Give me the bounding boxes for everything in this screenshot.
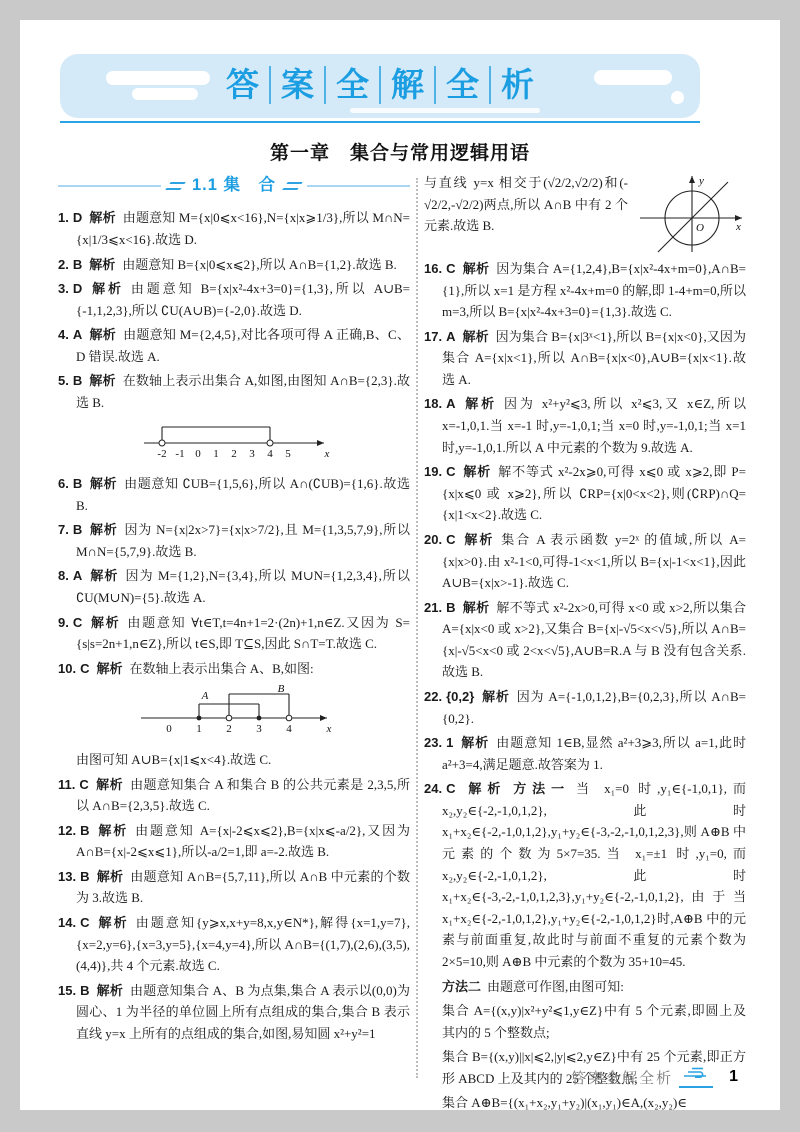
answer-item-q19: 19.C解析解不等式 x²-2x⩾0,可得 x⩽0 或 x⩾2,即 P={x|x… (424, 461, 746, 526)
analysis-text: 当 x₁=0 时,y₁∈{-1,0,1},而 x₂,y₂∈{-2,-1,0,1,… (442, 781, 746, 969)
answer-item-q24-m2p1: 集合 A={(x,y)|x²+y²⩽1,y∈Z}中有 5 个元素,即圆上及其内的… (424, 1000, 746, 1043)
circle-line-figure-q15: y x O (634, 172, 746, 256)
tick-label: 1 (196, 723, 202, 735)
answer-letter: A (73, 327, 82, 342)
answer-item-q23: 23.1解析由题意知 1∈B,显然 a²+3⩾3,所以 a=1,此时 a²+3=… (424, 732, 746, 775)
cloud-squiggle-icon (681, 1066, 711, 1080)
answer-letter: B (73, 476, 82, 491)
question-number: 18. (424, 396, 442, 411)
analysis-text: 由题意知 M={2,4,5},对比各项可得 A 正确,B、C、D 错误.故选 A… (76, 327, 410, 364)
analysis-label: 解析 (460, 735, 489, 750)
analysis-label: 解析 (89, 257, 115, 272)
answer-item-q4: 4.A解析由题意知 M={2,4,5},对比各项可得 A 正确,B、C、D 错误… (58, 324, 410, 367)
page-title: 答案全解全析 (60, 66, 700, 104)
analysis-text: 由题意知 B={x|x²-4x+3=0}={1,3},所以 A∪B={-1,1,… (76, 281, 410, 318)
answer-letter: A (446, 329, 455, 344)
question-number: 10. (58, 661, 76, 676)
numberline-figure-q5: -2 -1 0 1 2 3 4 5 x (58, 417, 410, 468)
answer-item-q17: 17.A解析因为集合 B={x|3ˣ<1},所以 B={x|x<0},又因为集合… (424, 326, 746, 391)
question-number: 3. (58, 281, 69, 296)
answer-item-q15-continuation: y x O 与直线 y=x 相交于(√2/2,√2/2)和(-√2/2,-√2/… (424, 172, 746, 237)
question-number: 17. (424, 329, 442, 344)
analysis-text: 集合 A={(x,y)|x²+y²⩽1,y∈Z}中有 5 个元素,即圆上及其内的… (442, 1003, 746, 1040)
axis-label-x: x (326, 723, 332, 735)
axis-label-y: y (698, 175, 704, 187)
title-character: 全 (436, 66, 491, 104)
answer-item-q2: 2.B解析由题意知 B={x|0⩽x⩽2},所以 A∩B={1,2}.故选 B. (58, 254, 410, 276)
tick-label: 5 (285, 448, 291, 460)
section-header: 1.1 集 合 (58, 172, 410, 199)
analysis-label: 解析 (89, 615, 120, 630)
header-underline (60, 121, 700, 123)
answer-item-q24: 24.C解析方法一当 x₁=0 时,y₁∈{-1,0,1},而 x₂,y₂∈{-… (424, 778, 746, 972)
question-number: 8. (58, 568, 69, 583)
answer-letter: B (73, 373, 82, 388)
analysis-text: 因为 N={x|2x>7}={x|x>7/2},且 M={1,3,5,7,9},… (76, 522, 410, 559)
analysis-label: 解析 (96, 869, 123, 884)
question-number: 14. (58, 915, 76, 930)
analysis-label: 解析 (96, 983, 123, 998)
header-banner: 答案全解全析 (60, 54, 700, 118)
question-number: 11. (58, 777, 75, 792)
analysis-label: 解析 (462, 600, 489, 615)
analysis-text: 因为 M={1,2},N={3,4},所以 M∪N={1,2,3,4},所以 ∁… (76, 568, 410, 605)
answer-item-q14: 14.C解析由题意知{y⩾x,x+y=8,x,y∈N*},解得{x=1,y=7}… (58, 912, 410, 977)
analysis-label: 解析 (462, 532, 494, 547)
answer-letter: B (446, 600, 455, 615)
answer-item-q12: 12.B解析由题意知 A={x|-2⩽x⩽2},B={x|x⩽-a/2},又因为… (58, 820, 410, 863)
section-divider-ornament (165, 182, 186, 190)
answer-item-q8: 8.A解析因为 M={1,2},N={3,4},所以 M∪N={1,2,3,4}… (58, 565, 410, 608)
answer-letter: C (446, 464, 455, 479)
chapter-title: 第一章 集合与常用逻辑用语 (20, 138, 780, 165)
question-number: 2. (58, 257, 69, 272)
analysis-text: 与直线 y=x 相交于(√2/2,√2/2)和(-√2/2,-√2/2)两点,所… (424, 175, 628, 233)
answer-letter: D (73, 281, 82, 296)
answer-item-q20: 20.C解析集合 A 表示函数 y=2ˣ 的值域,所以 A={x|x>0}.由 … (424, 529, 746, 594)
answer-letter: A (446, 396, 455, 411)
answer-letter: B (80, 869, 89, 884)
axis-label-x: x (735, 221, 741, 233)
answer-item-q15: 15.B解析由题意知集合 A、B 为点集,集合 A 表示以(0,0)为圆心、1 … (58, 980, 410, 1045)
analysis-label: 解析 (96, 661, 122, 676)
question-number: 6. (58, 476, 69, 491)
analysis-label: 解析 (89, 210, 116, 225)
numberline-q10-svg: A B 0 1 2 3 4 x (129, 682, 339, 736)
answer-item-q11: 11.C解析由题意知集合 A 和集合 B 的公共元素是 2,3,5,所以 A∩B… (58, 774, 410, 817)
answer-letter: A (73, 568, 82, 583)
answer-item-q7: 7.B解析因为 N={x|2x>7}={x|x>7/2},且 M={1,3,5,… (58, 519, 410, 562)
answer-letter: B (80, 823, 89, 838)
answer-item-q1: 1.D解析由题意知 M={x|0⩽x<16},N={x|x⩾1/3},所以 M∩… (58, 207, 410, 250)
analysis-text: 集合 A⊕B={(x₁+x₂,y₁+y₂)|(x₁,y₁)∈A,(x₂,y₂)∈ (442, 1095, 687, 1110)
tick-label: 0 (195, 448, 201, 460)
analysis-text: 由题意知 M={x|0⩽x<16},N={x|x⩾1/3},所以 M∩N={x|… (76, 210, 410, 247)
answer-item-q13: 13.B解析由题意知 A∩B={5,7,11},所以 A∩B 中元素的个数为 3… (58, 866, 410, 909)
tick-label: 4 (286, 723, 292, 735)
answer-letter: C (73, 615, 82, 630)
section-line (307, 185, 410, 187)
tick-label: 1 (213, 448, 219, 460)
question-number: 23. (424, 735, 442, 750)
analysis-label: 解析 (89, 568, 118, 583)
answer-letter: C (79, 777, 88, 792)
answer-item-q5: 5.B解析在数轴上表示出集合 A,如图,由图知 A∩B={2,3}.故选 B. (58, 370, 410, 413)
column-divider (416, 178, 418, 1078)
question-number: 7. (58, 522, 69, 537)
analysis-label: 解析 (96, 777, 123, 792)
book-page: 答案全解全析 第一章 集合与常用逻辑用语 1.1 集 合 1.D解析由题意知 M… (20, 20, 780, 1110)
tick-label: 4 (267, 448, 273, 460)
section-line (58, 185, 161, 187)
title-character: 案 (271, 66, 326, 104)
question-number: 1. (58, 210, 69, 225)
right-column: y x O 与直线 y=x 相交于(√2/2,√2/2)和(-√2/2,-√2/… (424, 172, 746, 1110)
axis-label-x: x (324, 448, 330, 460)
cloud-decoration-icon (350, 108, 540, 113)
analysis-text: 由题意知 B={x|0⩽x⩽2},所以 A∩B={1,2}.故选 B. (122, 257, 397, 272)
tick-label: 2 (226, 723, 232, 735)
question-number: 21. (424, 600, 442, 615)
answer-item-q16: 16.C解析因为集合 A={1,2,4},B={x|x²-4x+m=0},A∩B… (424, 258, 746, 323)
page-number: 1 (729, 1068, 738, 1086)
analysis-label: 解析 (89, 476, 117, 491)
answer-value: {0,2} (446, 689, 474, 704)
title-character: 答 (216, 66, 271, 104)
question-number: 20. (424, 532, 442, 547)
question-number: 9. (58, 615, 69, 630)
answer-item-q3: 3.D解析由题意知 B={x|x²-4x+3=0}={1,3},所以 A∪B={… (58, 278, 410, 321)
page-footer: 答案全解全析 1 (20, 1066, 780, 1088)
answer-letter: B (73, 522, 82, 537)
analysis-label: 解析 (89, 522, 117, 537)
answer-item-q18: 18.A解析因为 x²+y²⩽3,所以 x²⩽3,又 x∈Z,所以 x=-1,0… (424, 393, 746, 458)
analysis-label: 解析 (96, 915, 128, 930)
answer-item-q24-m2p3: 集合 A⊕B={(x₁+x₂,y₁+y₂)|(x₁,y₁)∈A,(x₂,y₂)∈ (424, 1092, 746, 1110)
section-divider-ornament (282, 182, 303, 190)
analysis-label: 解析 (462, 464, 491, 479)
analysis-text: 在数轴上表示出集合 A,如图,由图知 A∩B={2,3}.故选 B. (76, 373, 410, 410)
answer-letter: C (80, 661, 89, 676)
answer-item-q10-continuation: 由图可知 A∪B={x|1⩽x<4}.故选 C. (58, 749, 410, 771)
tick-label: 2 (231, 448, 237, 460)
tick-label: -2 (157, 448, 166, 460)
answer-item-q9: 9.C解析由题意知 ∀t∈T,t=4n+1=2·(2n)+1,n∈Z.又因为 S… (58, 612, 410, 655)
analysis-label: 解析 (89, 281, 124, 296)
question-number: 19. (424, 464, 442, 479)
answer-letter: D (73, 210, 82, 225)
analysis-label: 解析 (462, 396, 497, 411)
title-character: 全 (326, 66, 381, 104)
question-number: 24. (424, 781, 442, 796)
analysis-label: 解析 (89, 327, 116, 342)
title-character: 解 (381, 66, 436, 104)
left-column: 1.1 集 合 1.D解析由题意知 M={x|0⩽x<16},N={x|x⩾1/… (58, 172, 410, 1047)
analysis-text: 由题意知 ∀t∈T,t=4n+1=2·(2n)+1,n∈Z.又因为 S={s|s… (76, 615, 410, 652)
analysis-text: 由图可知 A∪B={x|1⩽x<4}.故选 C. (76, 752, 271, 767)
analysis-label: 解析 (462, 261, 489, 276)
analysis-text: 由题意知集合 A 和集合 B 的公共元素是 2,3,5,所以 A∩B={2,3,… (76, 777, 410, 814)
origin-label: O (696, 222, 704, 234)
analysis-label: 解析 (462, 329, 488, 344)
analysis-text: 由题意可作图,由图可知: (487, 979, 624, 994)
tick-label: 0 (166, 723, 172, 735)
answer-item-q6: 6.B解析由题意知 ∁UB={1,5,6},所以 A∩(∁UB)={1,6}.故… (58, 473, 410, 516)
tick-label: -1 (175, 448, 184, 460)
title-character: 析 (491, 66, 544, 104)
question-number: 15. (58, 983, 76, 998)
question-number: 13. (58, 869, 76, 884)
analysis-text: 由题意知 A∩B={5,7,11},所以 A∩B 中元素的个数为 3.故选 B. (76, 869, 410, 906)
question-number: 16. (424, 261, 442, 276)
question-number: 12. (58, 823, 76, 838)
analysis-label: 解析 (96, 823, 128, 838)
method2-label: 方法二 (442, 979, 481, 994)
answer-letter: C (446, 261, 455, 276)
answer-letter: C (446, 781, 455, 796)
section-title: 1.1 集 合 (190, 172, 278, 199)
answer-letter: B (80, 983, 89, 998)
footer-brand-text: 答案全解全析 (571, 1067, 673, 1088)
analysis-text: 由题意知集合 A、B 为点集,集合 A 表示以(0,0)为圆心、1 为半径的单位… (76, 983, 410, 1041)
analysis-label: 解析 (462, 781, 506, 796)
tick-label: 3 (256, 723, 262, 735)
numberline-figure-q10: A B 0 1 2 3 4 x (58, 682, 410, 743)
analysis-label: 解析 (481, 689, 509, 704)
answer-letter: C (80, 915, 89, 930)
answer-value: 1 (446, 735, 453, 750)
question-number: 5. (58, 373, 69, 388)
footer-cloud-icon (679, 1066, 713, 1088)
answer-item-q10: 10.C解析在数轴上表示出集合 A、B,如图: (58, 658, 410, 680)
tick-label: 3 (249, 448, 255, 460)
analysis-label: 解析 (89, 373, 116, 388)
question-number: 22. (424, 689, 442, 704)
answer-item-q24-method2: 方法二由题意可作图,由图可知: (424, 976, 746, 998)
question-number: 4. (58, 327, 69, 342)
numberline-q5-svg: -2 -1 0 1 2 3 4 5 x (134, 417, 334, 461)
answer-item-q22: 22.{0,2}解析因为 A={-1,0,1,2},B={0,2,3},所以 A… (424, 686, 746, 729)
analysis-text: 由题意知 ∁UB={1,5,6},所以 A∩(∁UB)={1,6}.故选 B. (76, 476, 410, 513)
analysis-text: 在数轴上表示出集合 A、B,如图: (129, 661, 313, 676)
answer-letter: C (446, 532, 455, 547)
set-b-label: B (278, 683, 285, 695)
answer-letter: B (73, 257, 82, 272)
set-a-label: A (201, 690, 209, 702)
method1-label: 方法一 (513, 781, 570, 796)
answer-item-q21: 21.B解析解不等式 x²-2x>0,可得 x<0 或 x>2,所以集合 A={… (424, 597, 746, 683)
